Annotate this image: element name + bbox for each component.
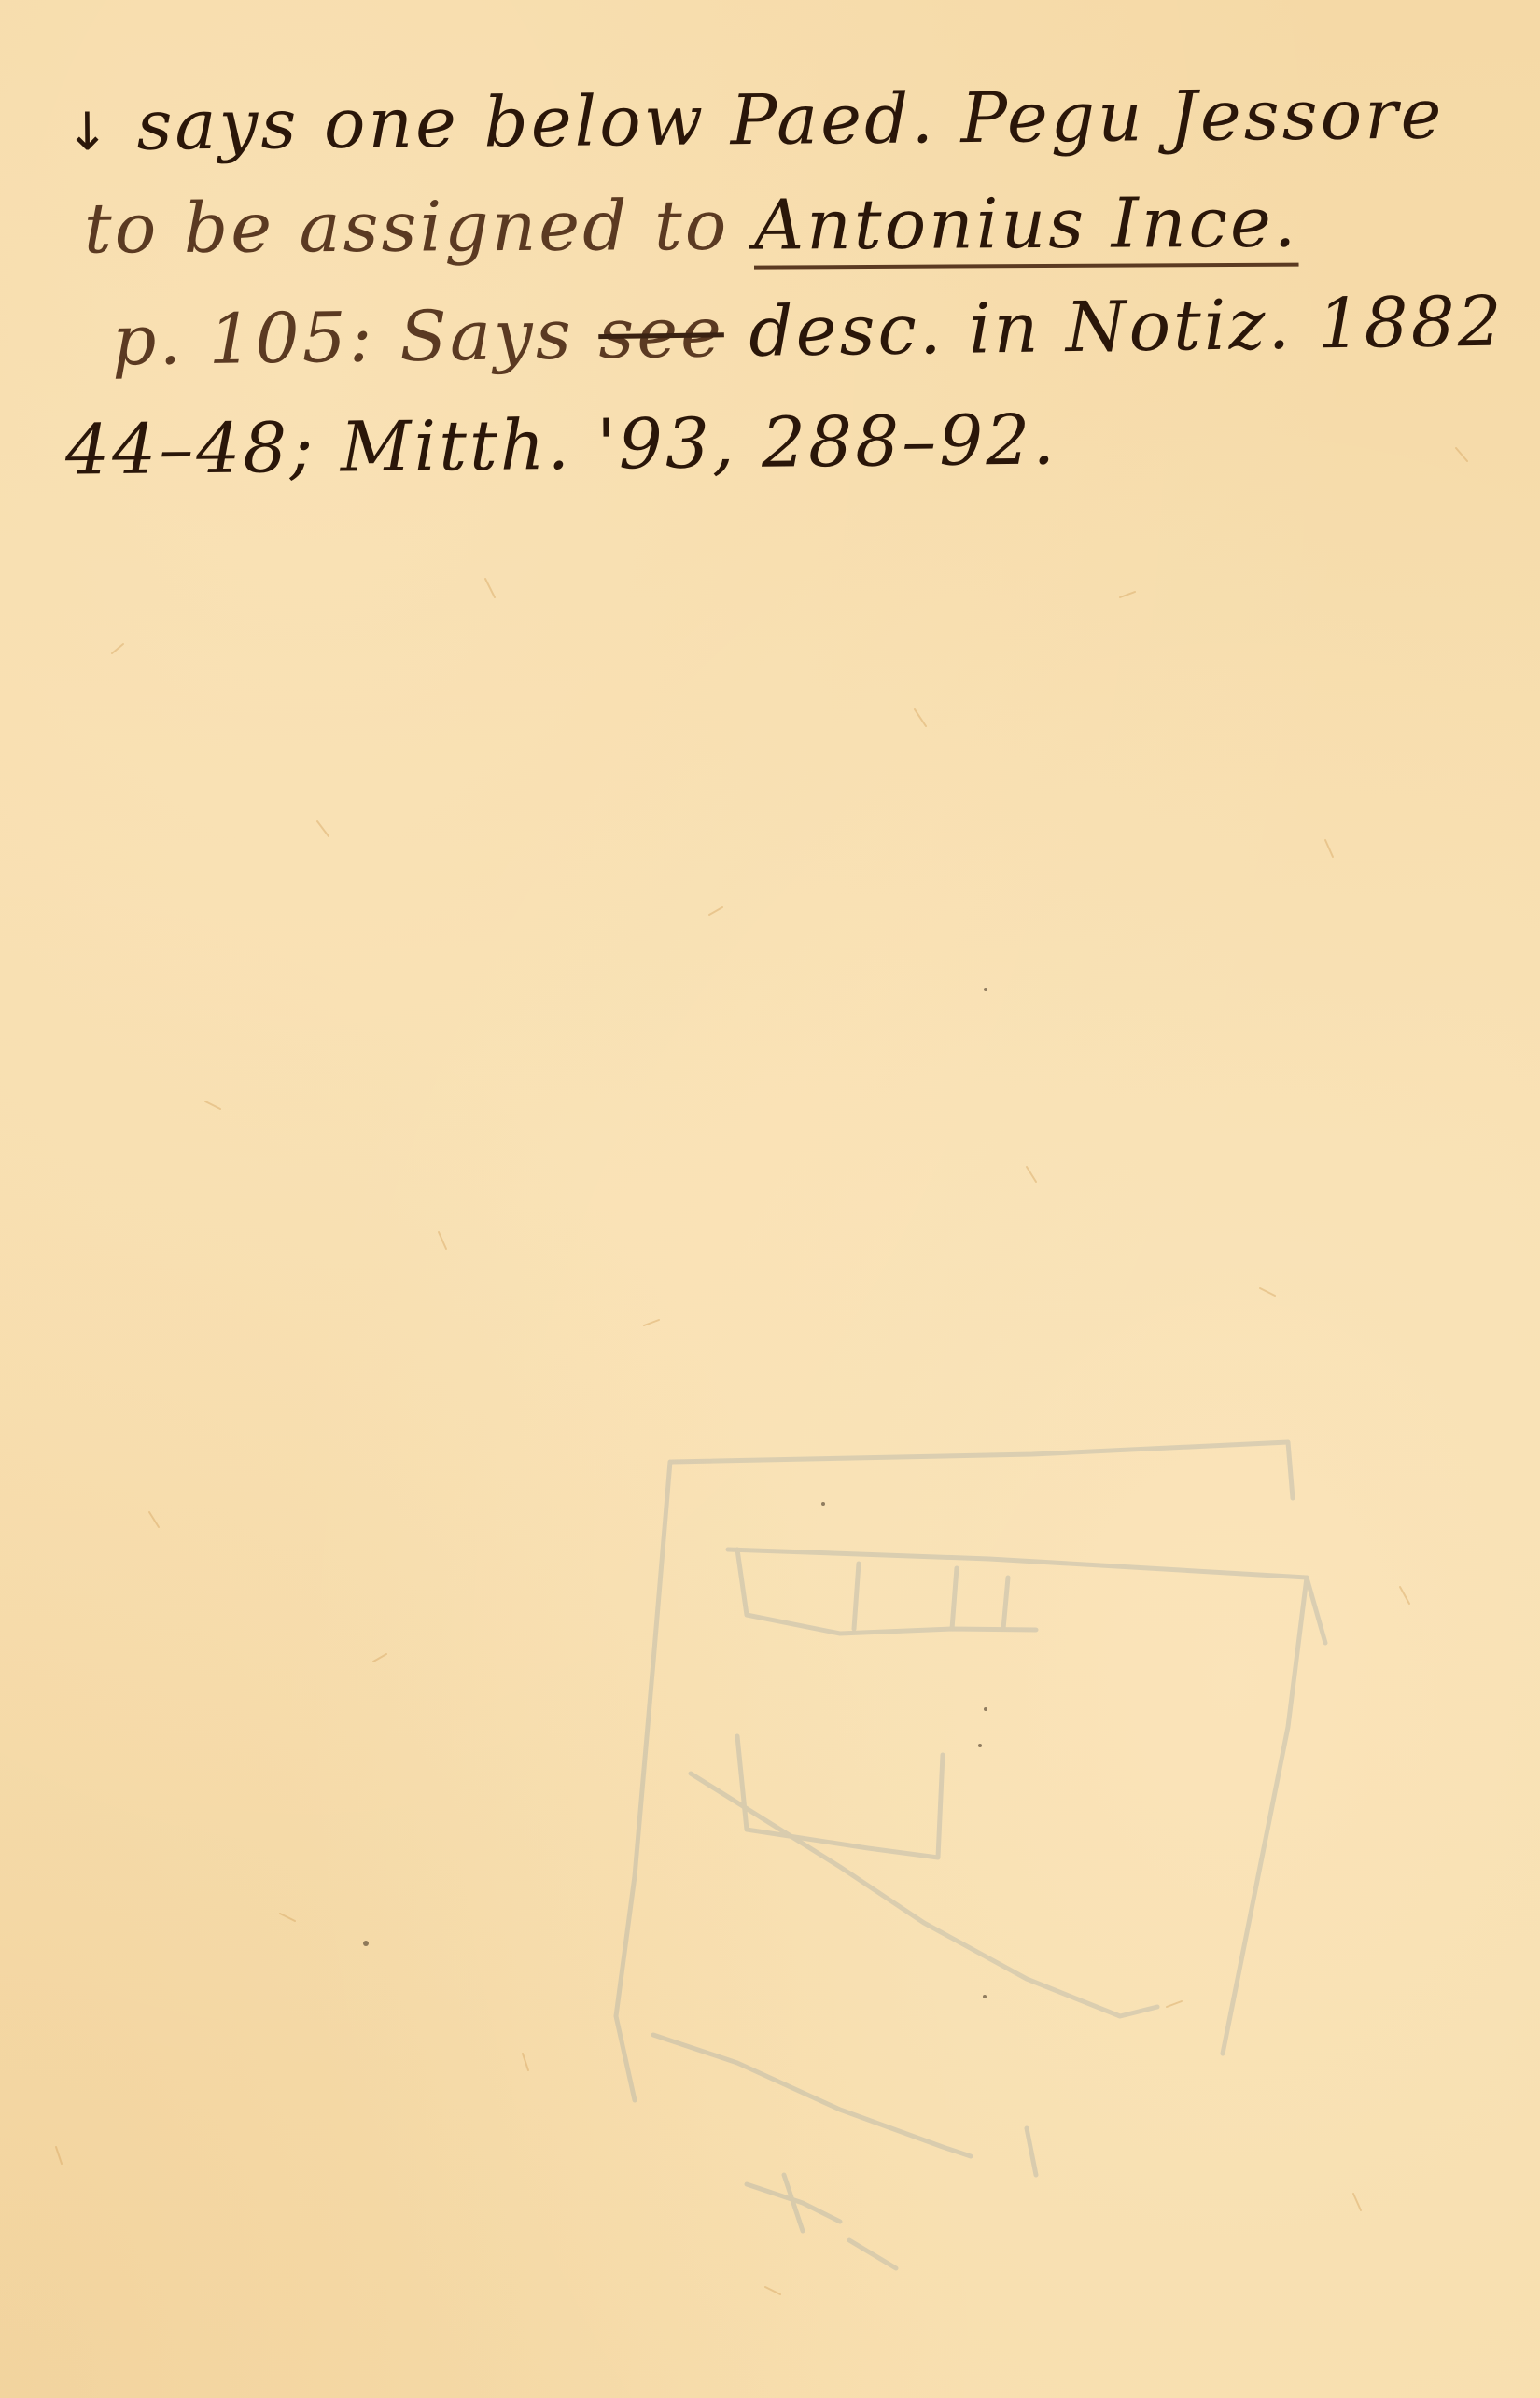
note-line-2-text: to be assigned to [84,186,754,270]
note-line-1-text: says one below Paed. Pegu Jessore [136,75,1445,166]
down-arrow-icon: ↓ [65,102,112,162]
note-card: ↓ says one below Paed. Pegu Jessore to b… [0,0,1540,2398]
struck-word: see [598,292,725,374]
page-reference: p. 105: Says [111,294,598,381]
note-line-1: ↓ says one below Paed. Pegu Jessore [65,80,1445,161]
citation-mitth: 44–48; Mitth. '93, 288–92. [65,400,1058,490]
note-line-2: to be assigned to Antonius Ince. [84,189,1299,264]
note-line-4: 44–48; Mitth. '93, 288–92. [65,405,1058,484]
underlined-name: Antonius Ince. [754,183,1299,266]
note-line-3: p. 105: Says see desc. in Notiz. 1882 [112,287,1505,376]
citation-notiz: desc. in Notiz. 1882 [723,282,1505,373]
